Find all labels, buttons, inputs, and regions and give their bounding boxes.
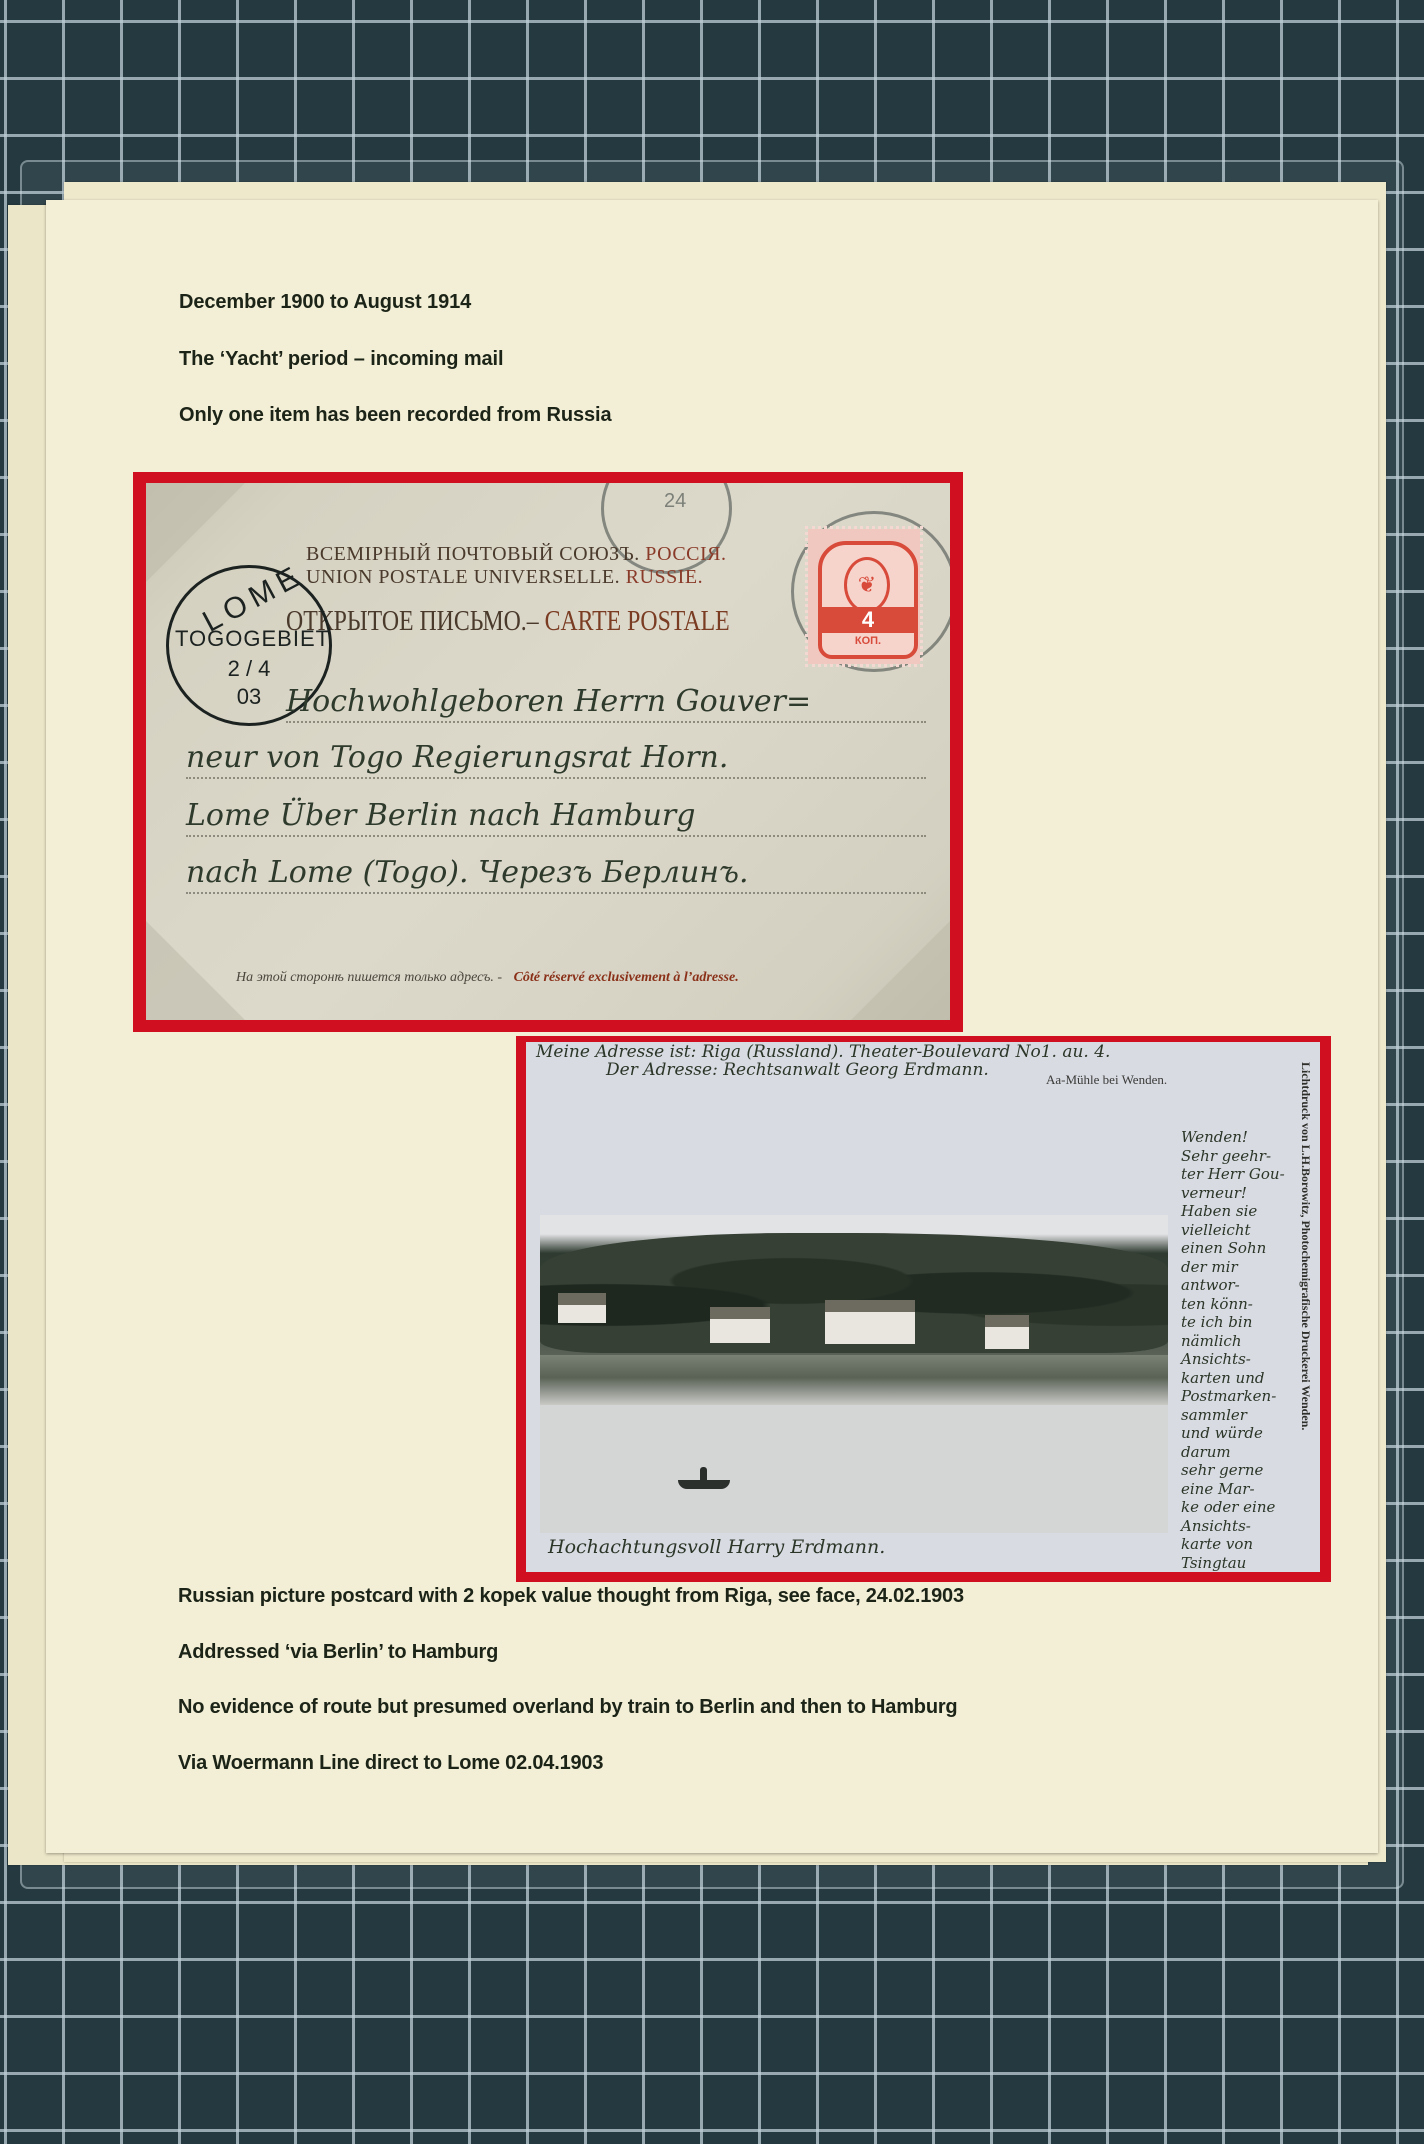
card-type-title: ОТКРЫТОЕ ПИСЬМО.– CARTE POSTALE — [286, 606, 730, 638]
caption-line: Russian picture postcard with 2 kopek va… — [178, 1585, 964, 1608]
page-heading-note: Only one item has been recorded from Rus… — [179, 404, 612, 427]
handwritten-sender-address: Meine Adresse ist: Riga (Russland). Thea… — [536, 1042, 1110, 1062]
handwritten-sender-name: Der Adresse: Rechtsanwalt Georg Erdmann. — [606, 1060, 989, 1080]
address-line: Hochwohlgeboren Herrn Gouver= — [286, 683, 926, 723]
shoreline — [540, 1355, 1168, 1405]
caption-line: No evidence of route but presumed overla… — [178, 1696, 957, 1719]
postcard-picture-side: Meine Adresse ist: Riga (Russland). Thea… — [526, 1042, 1320, 1572]
handwritten-message: Wenden! Sehr geehr- ter Herr Gou- verneu… — [1181, 1128, 1293, 1572]
postcard-address-side: 24 ВСЕМІРНЫЙ ПОЧТОВЫЙ СОЮЗЪ. РОССІЯ. UNI… — [146, 483, 950, 1020]
house — [710, 1307, 770, 1343]
postcard-picture-side-mount: Meine Adresse ist: Riga (Russland). Thea… — [516, 1036, 1331, 1582]
house — [558, 1293, 606, 1323]
eagle-icon: ❦ — [844, 557, 890, 613]
photo-corner — [851, 921, 950, 1020]
photo-corner — [146, 921, 245, 1020]
stamp-frame: ❦ 4 КОП. — [818, 541, 918, 659]
landscape-photo — [540, 1215, 1168, 1533]
rowing-boat — [678, 1480, 730, 1489]
upu-heading-ru: ВСЕМІРНЫЙ ПОЧТОВЫЙ СОЮЗЪ. РОССІЯ. — [306, 543, 727, 566]
address-line: neur von Togo Regierungsrat Horn. — [186, 739, 926, 779]
printed-location: Aa-Mühle bei Wenden. — [1046, 1072, 1167, 1088]
card-footer: На этой сторонѣ пишется только адресъ. -… — [236, 970, 739, 986]
address-line: nach Lome (Togo). Черезъ Берлинъ. — [186, 854, 926, 894]
house — [985, 1315, 1029, 1349]
russian-stamp: ❦ 4 КОП. — [808, 529, 920, 664]
page-heading-subtitle: The ‘Yacht’ period – incoming mail — [179, 348, 503, 371]
handwritten-signature: Hochachtungsvoll Harry Erdmann. — [548, 1536, 885, 1558]
house — [825, 1300, 915, 1344]
postcard-address-side-mount: 24 ВСЕМІРНЫЙ ПОЧТОВЫЙ СОЮЗЪ. РОССІЯ. UNI… — [133, 472, 963, 1032]
printer-imprint: Lichtdruck von L.H.Borowitz, Photochemig… — [1293, 1062, 1313, 1532]
caption-line: Addressed ‘via Berlin’ to Hamburg — [178, 1641, 498, 1664]
caption-line: Via Woermann Line direct to Lome 02.04.1… — [178, 1752, 603, 1775]
page-heading-period: December 1900 to August 1914 — [179, 291, 471, 314]
address-line: Lome Über Berlin nach Hamburg — [186, 797, 926, 837]
upu-heading-fr: UNION POSTALE UNIVERSELLE. RUSSIE. — [306, 566, 703, 589]
rower — [700, 1467, 707, 1481]
water — [540, 1405, 1168, 1533]
